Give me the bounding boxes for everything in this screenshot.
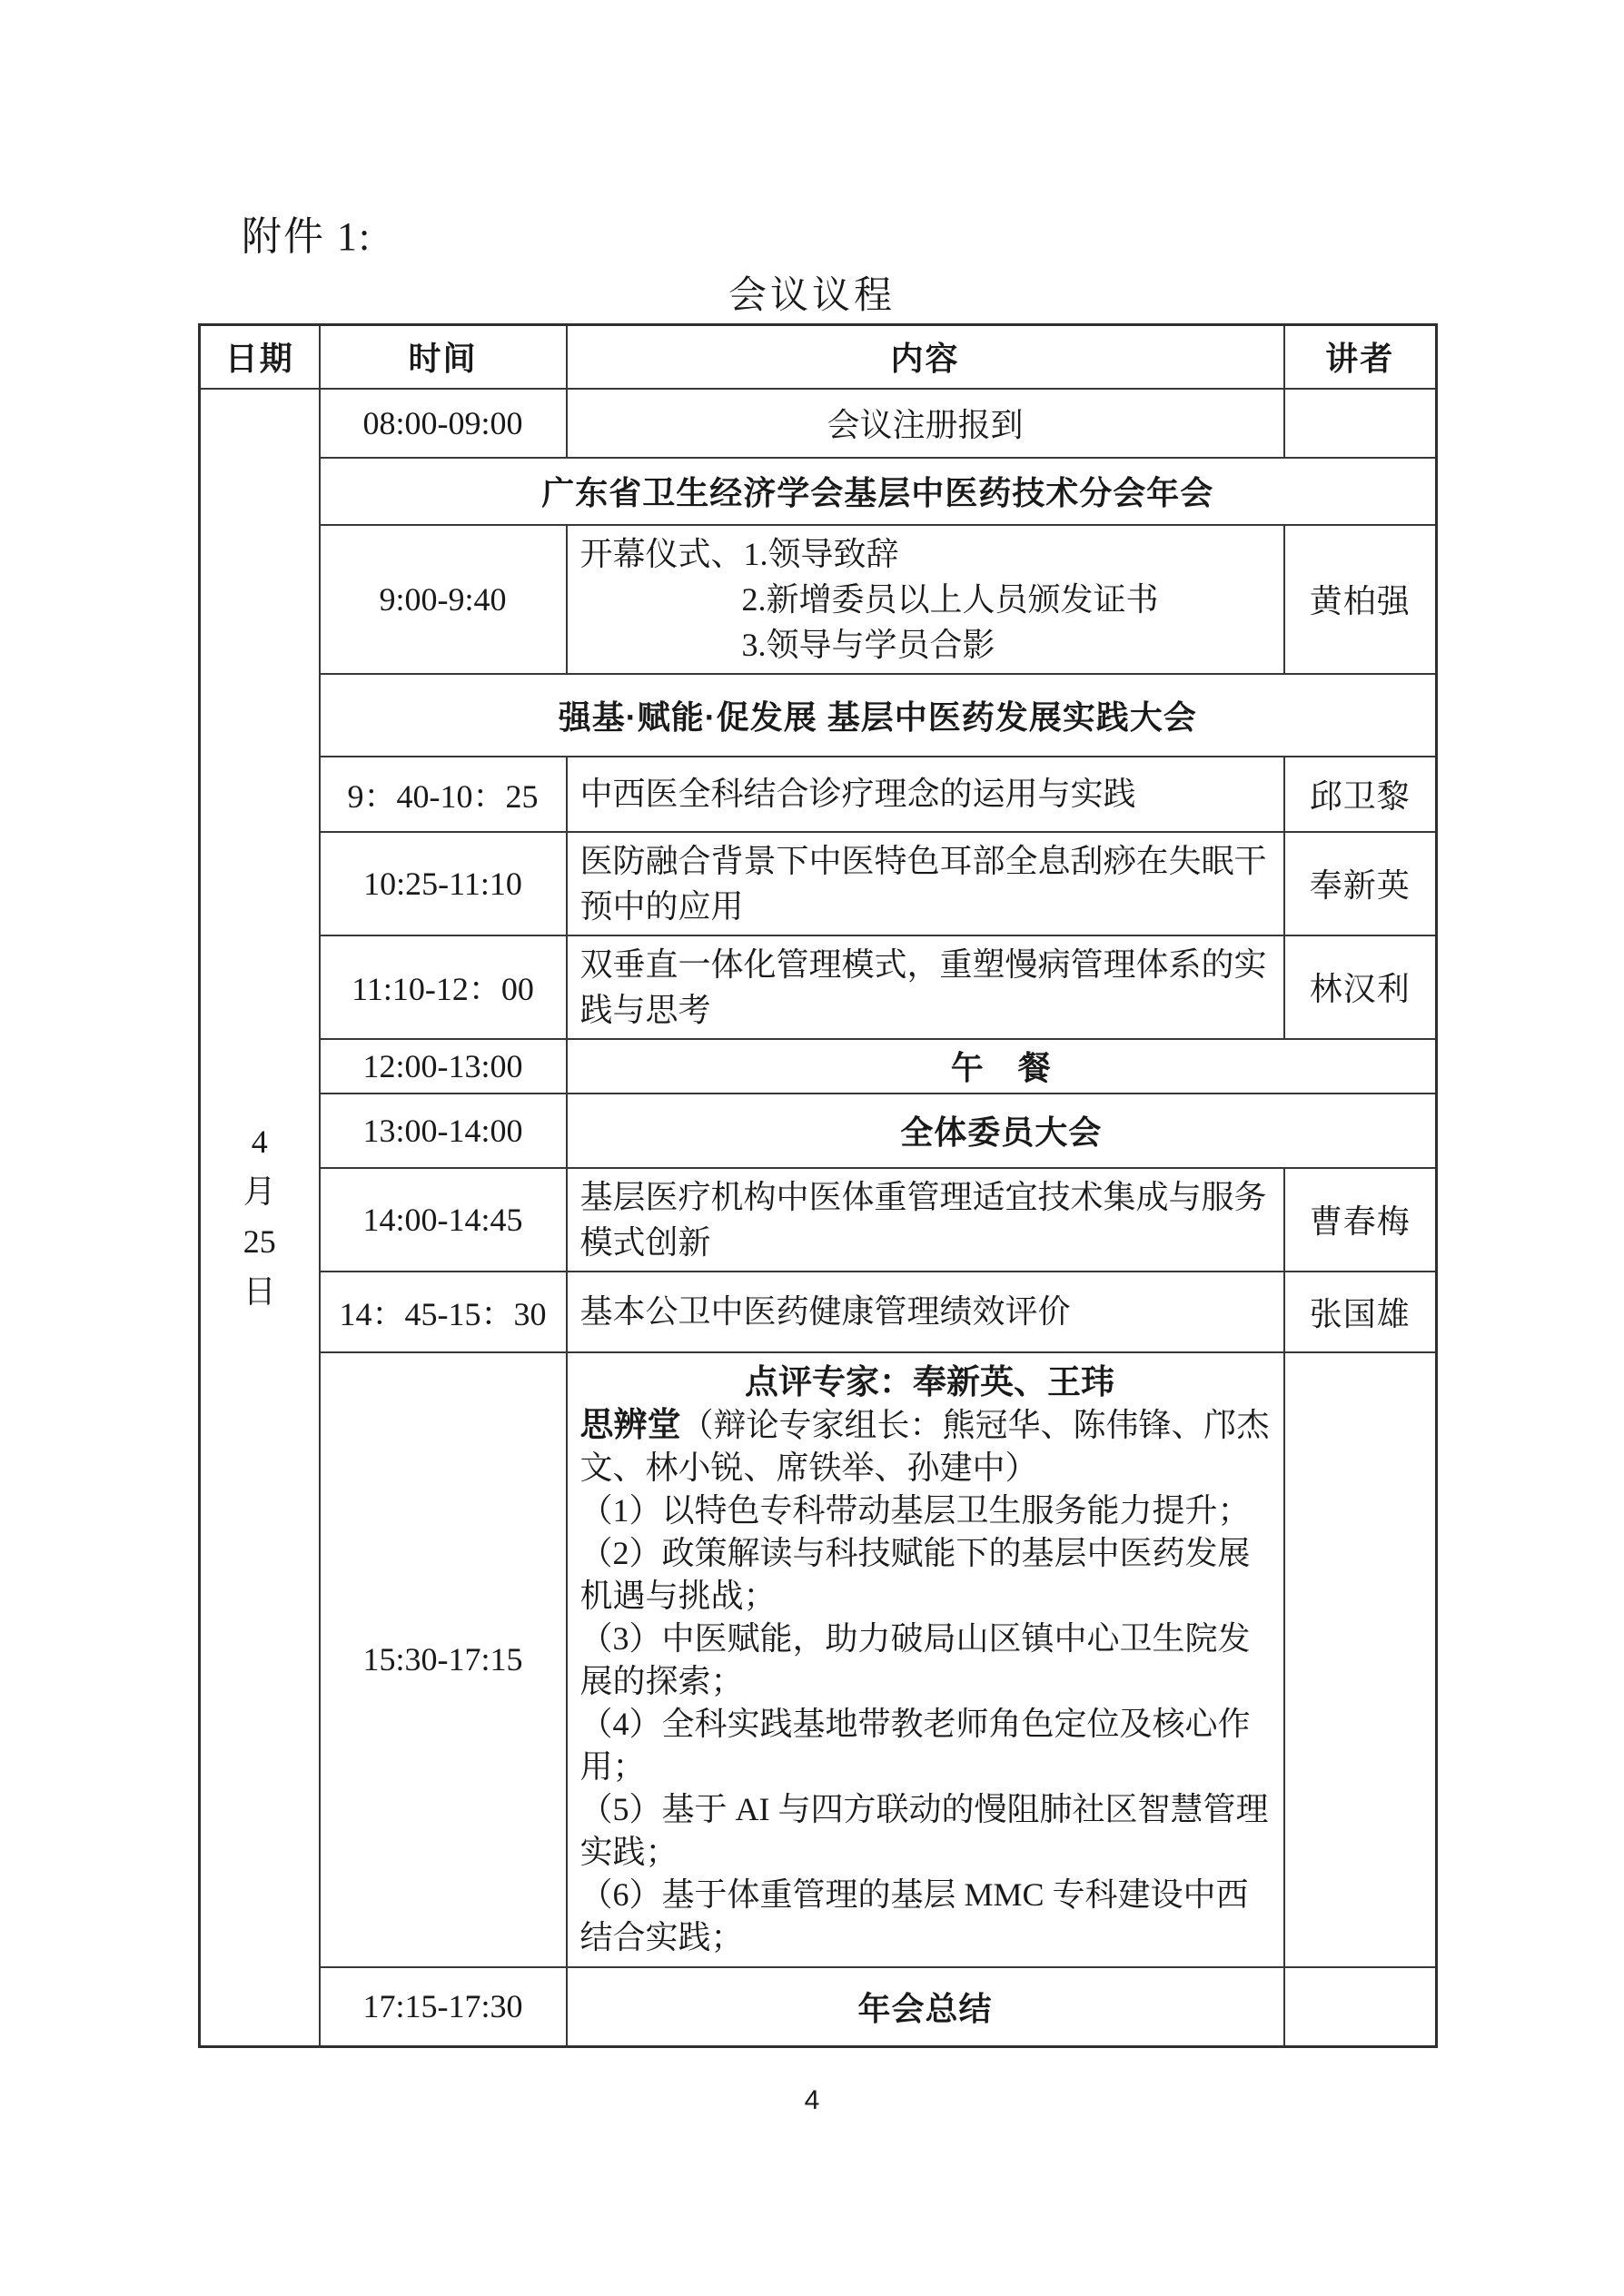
- banner-annual-meeting: 广东省卫生经济学会基层中医药技术分会年会: [320, 458, 1437, 525]
- row-talk1: 9：40-10：25 中西医全科结合诊疗理念的运用与实践 邱卫黎: [200, 757, 1437, 832]
- row-lunch: 12:00-13:00 午 餐: [200, 1039, 1437, 1094]
- speaker-cell: 邱卫黎: [1284, 757, 1437, 832]
- opening-line: 2.新增委员以上人员颁发证书: [742, 577, 1280, 622]
- date-cell: 4 月 25 日: [200, 389, 320, 2047]
- salon-line: 思辨堂（辩论专家组长：熊冠华、陈伟锋、邝杰文、林小锐、席铁举、孙建中）: [580, 1403, 1280, 1489]
- debate-topic: （4）全科实践基地带教老师角色定位及核心作用；: [580, 1703, 1280, 1788]
- debate-topic: （2）政策解读与科技赋能下的基层中医药发展机遇与挑战；: [580, 1532, 1280, 1618]
- speaker-cell-empty: [1284, 1967, 1437, 2047]
- time-cell: 12:00-13:00: [320, 1039, 567, 1094]
- speaker-cell: 黄柏强: [1284, 525, 1437, 674]
- row-banner-practice: 强基·赋能·促发展 基层中医药发展实践大会: [200, 674, 1437, 757]
- attachment-label: 附件 1:: [242, 203, 371, 262]
- agenda-table: 日期 时间 内容 讲者 4 月 25 日 08:00-09:00 会议注册报到 …: [198, 323, 1438, 2048]
- banner-practice-conference: 强基·赋能·促发展 基层中医药发展实践大会: [320, 674, 1437, 757]
- table-header-row: 日期 时间 内容 讲者: [200, 325, 1437, 389]
- debate-topic: （5）基于 AI 与四方联动的慢阻肺社区智慧管理实践；: [580, 1788, 1280, 1874]
- header-content: 内容: [567, 325, 1284, 389]
- row-plenary: 13:00-14:00 全体委员大会: [200, 1094, 1437, 1168]
- header-speaker: 讲者: [1284, 325, 1437, 389]
- content-cell: 开幕仪式、1.领导致辞 2.新增委员以上人员颁发证书 3.领导与学员合影: [567, 525, 1284, 674]
- content-cell: 会议注册报到: [567, 389, 1284, 458]
- content-cell: 基层医疗机构中医体重管理适宜技术集成与服务模式创新: [567, 1168, 1284, 1272]
- content-cell: 医防融合背景下中医特色耳部全息刮痧在失眠干预中的应用: [567, 832, 1284, 935]
- time-cell: 10:25-11:10: [320, 832, 567, 935]
- lunch-cell: 午 餐: [567, 1039, 1437, 1094]
- speaker-cell: 奉新英: [1284, 832, 1437, 935]
- time-cell: 13:00-14:00: [320, 1094, 567, 1168]
- debate-topic: （6）基于体重管理的基层 MMC 专科建设中西结合实践；: [580, 1874, 1280, 1959]
- document-page: 附件 1: 会议议程 日期 时间 内容 讲者 4 月 25 日 08:00-09…: [0, 0, 1624, 2296]
- header-time: 时间: [320, 325, 567, 389]
- row-talk2: 10:25-11:10 医防融合背景下中医特色耳部全息刮痧在失眠干预中的应用 奉…: [200, 832, 1437, 935]
- date-char: 4: [202, 1117, 318, 1167]
- time-cell: 17:15-17:30: [320, 1967, 567, 2047]
- time-cell: 9:00-9:40: [320, 525, 567, 674]
- opening-line: 3.领导与学员合影: [742, 622, 1280, 668]
- time-cell: 15:30-17:15: [320, 1352, 567, 1967]
- speaker-cell-empty: [1284, 1352, 1437, 1967]
- time-cell: 08:00-09:00: [320, 389, 567, 458]
- speaker-cell: 张国雄: [1284, 1272, 1437, 1352]
- row-talk3: 11:10-12：00 双垂直一体化管理模式，重塑慢病管理体系的实践与思考 林汉…: [200, 935, 1437, 1039]
- salon-desc: （辩论专家组长：熊冠华、陈伟锋、邝杰文、林小锐、席铁举、孙建中）: [580, 1407, 1270, 1486]
- plenary-cell: 全体委员大会: [567, 1094, 1437, 1168]
- debate-topic: （1）以特色专科带动基层卫生服务能力提升；: [580, 1489, 1280, 1532]
- time-cell: 11:10-12：00: [320, 935, 567, 1039]
- header-date: 日期: [200, 325, 320, 389]
- debate-content-cell: 点评专家：奉新英、王玮 思辨堂（辩论专家组长：熊冠华、陈伟锋、邝杰文、林小锐、席…: [567, 1352, 1284, 1967]
- row-banner-annual: 广东省卫生经济学会基层中医药技术分会年会: [200, 458, 1437, 525]
- time-cell: 9：40-10：25: [320, 757, 567, 832]
- speaker-cell: 曹春梅: [1284, 1168, 1437, 1272]
- date-char: 25: [202, 1217, 318, 1267]
- opening-line: 开幕仪式、1.领导致辞: [580, 531, 1280, 577]
- content-cell: 基本公卫中医药健康管理绩效评价: [567, 1272, 1284, 1352]
- row-talk5: 14：45-15：30 基本公卫中医药健康管理绩效评价 张国雄: [200, 1272, 1437, 1352]
- review-experts-line: 点评专家：奉新英、王玮: [580, 1361, 1280, 1403]
- row-registration: 4 月 25 日 08:00-09:00 会议注册报到: [200, 389, 1437, 458]
- row-debate: 15:30-17:15 点评专家：奉新英、王玮 思辨堂（辩论专家组长：熊冠华、陈…: [200, 1352, 1437, 1967]
- row-summary: 17:15-17:30 年会总结: [200, 1967, 1437, 2047]
- date-char: 日: [202, 1267, 318, 1317]
- row-talk4: 14:00-14:45 基层医疗机构中医体重管理适宜技术集成与服务模式创新 曹春…: [200, 1168, 1437, 1272]
- salon-title: 思辨堂: [580, 1406, 681, 1443]
- content-cell: 双垂直一体化管理模式，重塑慢病管理体系的实践与思考: [567, 935, 1284, 1039]
- page-number: 4: [0, 2085, 1624, 2116]
- time-cell: 14:00-14:45: [320, 1168, 567, 1272]
- page-title: 会议议程: [0, 265, 1624, 320]
- content-cell: 中西医全科结合诊疗理念的运用与实践: [567, 757, 1284, 832]
- date-char: 月: [202, 1167, 318, 1217]
- speaker-cell-empty: [1284, 389, 1437, 458]
- summary-cell: 年会总结: [567, 1967, 1284, 2047]
- speaker-cell: 林汉利: [1284, 935, 1437, 1039]
- row-opening: 9:00-9:40 开幕仪式、1.领导致辞 2.新增委员以上人员颁发证书 3.领…: [200, 525, 1437, 674]
- debate-topic: （3）中医赋能，助力破局山区镇中心卫生院发展的探索；: [580, 1618, 1280, 1703]
- time-cell: 14：45-15：30: [320, 1272, 567, 1352]
